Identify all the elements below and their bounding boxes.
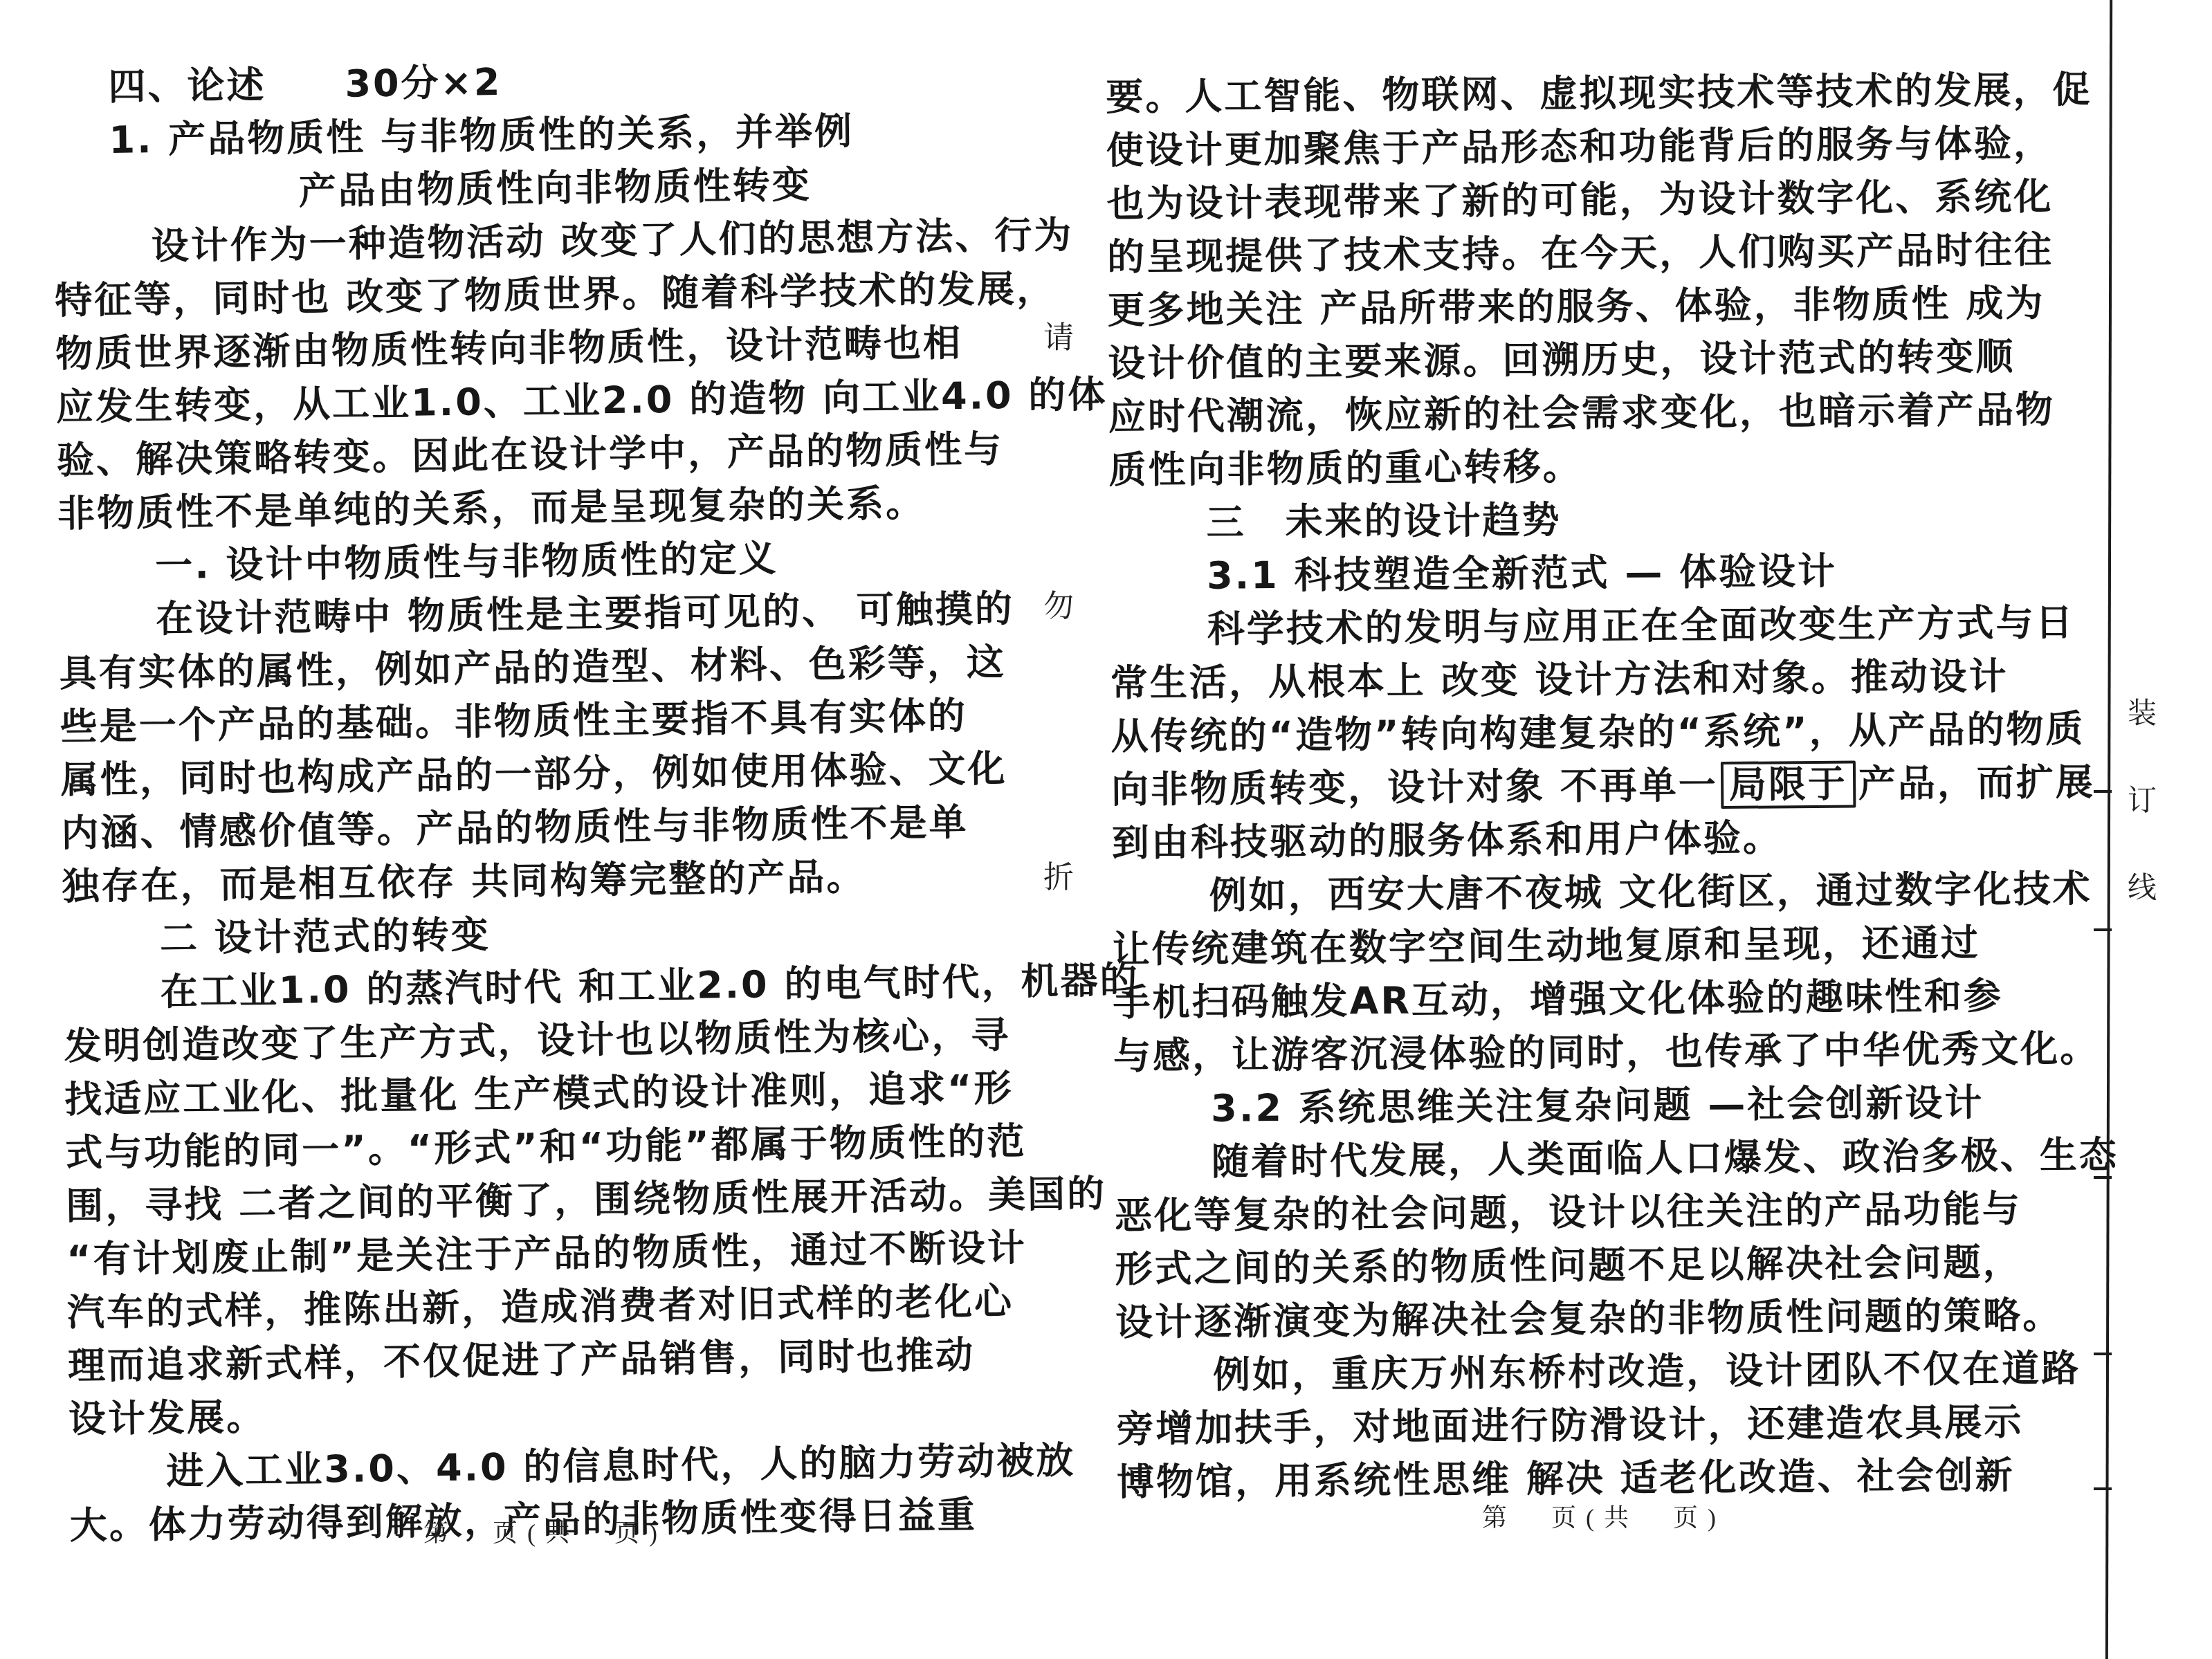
- handwritten-text: 更多地关注 产品所带来的服务、体验，非物质性 成为: [1107, 281, 2045, 332]
- handwritten-line: 随着时代发展，人类面临人口爆发、政治多极、生态: [1114, 1128, 2097, 1189]
- handwritten-text: 产品，而扩展: [1858, 760, 2095, 806]
- handwritten-text: 让传统建筑在数字空间生动地复原和呈现，还通过: [1113, 921, 1980, 971]
- gutter-text-fold: 折: [1043, 852, 1074, 897]
- handwritten-line: 设计价值的主要来源。回溯历史，设计范式的转变顺: [1108, 329, 2091, 390]
- handwritten-text: 汽车的式样，推陈出新，造成消费者对旧式样的老化心: [67, 1279, 1014, 1335]
- handwritten-text: 形式之间的关系的物质性问题不足以解决社会问题，: [1115, 1240, 2022, 1291]
- handwritten-line: 设计逐渐演变为解决社会复杂的非物质性问题的策略。: [1115, 1288, 2099, 1349]
- handwritten-line: 更多地关注 产品所带来的服务、体验，非物质性 成为: [1107, 276, 2090, 337]
- correction-box-mark: 局限于: [1721, 761, 1856, 809]
- binding-line-label: 装订线: [2119, 697, 2160, 959]
- handwritten-text: 常生活，从根本上 改变 设计方法和对象。推动设计: [1110, 654, 2009, 705]
- handwritten-text: 理而追求新式样，不仅促进了产品销售，同时也推动: [68, 1333, 976, 1388]
- gutter-text-do-not: 勿: [1043, 581, 1074, 625]
- handwritten-text: 应发生转变，从工业1.0、工业2.0 的造物 向工业4.0 的体: [56, 372, 1108, 429]
- handwritten-text: 独存在，而是相互依存 共同构筹完整的产品。: [62, 855, 866, 908]
- handwritten-text: 四、论述 30分×2: [108, 60, 502, 109]
- handwritten-text: 验、解决策略转变。因此在设计学中，产品的物质性与: [57, 427, 1004, 482]
- handwritten-line: 与感，让游客沉浸体验的同时，也传承了中华优秀文化。: [1113, 1022, 2096, 1083]
- left-text-column: 四、论述 30分×21. 产品物质性 与非物质性的关系，并举例产品由物质性向非物…: [52, 48, 1073, 1552]
- handwritten-line: 恶化等复杂的社会问题，设计以往关注的产品功能与: [1115, 1182, 2098, 1243]
- handwritten-text: 设计价值的主要来源。回溯历史，设计范式的转变顺: [1108, 335, 2015, 385]
- handwritten-text: 应时代潮流，恢应新的社会需求变化，也暗示着产品物: [1108, 387, 2055, 439]
- handwritten-text: 进入工业3.0、4.0 的信息时代，人的脑力劳动被放: [166, 1438, 1076, 1493]
- handwritten-text: 旁增加扶手，对地面进行防滑设计，还建造农具展示: [1116, 1400, 2023, 1451]
- handwritten-line: 3.1 科技塑造全新范式 — 体验设计: [1109, 542, 2092, 603]
- handwritten-line: 的呈现提供了技术支持。在今天，人们购买产品时往往: [1107, 223, 2090, 284]
- handwritten-text: 在工业1.0 的蒸汽时代 和工业2.0 的电气时代，机器的: [160, 958, 1139, 1014]
- binding-tick: [2094, 790, 2112, 793]
- answer-sheet-page: 四、论述 30分×21. 产品物质性 与非物质性的关系，并举例产品由物质性向非物…: [0, 0, 2212, 1659]
- handwritten-text: 从传统的“造物”转向构建复杂的“系统”，从产品的物质: [1110, 707, 2085, 758]
- handwritten-line: 三 未来的设计趋势: [1109, 489, 2092, 550]
- handwritten-line: 让传统建筑在数字空间生动地复原和呈现，还通过: [1113, 915, 2096, 976]
- handwritten-line: 应时代潮流，恢应新的社会需求变化，也暗示着产品物: [1108, 383, 2092, 443]
- handwritten-text: 设计作为一种造物活动 改变了人们的思想方法、行为: [151, 213, 1073, 268]
- handwritten-text: 1. 产品物质性 与非物质性的关系，并举例: [109, 109, 854, 162]
- handwritten-text: 具有实体的属性，例如产品的造型、材料、色彩等，这: [59, 640, 1006, 695]
- page-footer-left: 第 页(共 页): [423, 1514, 667, 1549]
- handwritten-text: 手机扫码触发AR互动，增强文化体验的趣味性和参: [1113, 974, 2003, 1025]
- handwritten-line: 要。人工智能、物联网、虚拟现实技术等技术的发展，促: [1106, 63, 2089, 124]
- handwritten-line: 科学技术的发明与应用正在全面改变生产方式与日: [1110, 596, 2093, 657]
- handwritten-line: 常生活，从根本上 改变 设计方法和对象。推动设计: [1110, 649, 2094, 710]
- handwritten-line: 从传统的“造物”转向构建复杂的“系统”，从产品的物质: [1110, 702, 2094, 763]
- handwritten-text: 一. 设计中物质性与非物质性的定义: [155, 536, 778, 587]
- handwritten-line: 形式之间的关系的物质性问题不足以解决社会问题，: [1115, 1235, 2098, 1296]
- right-text-column: 要。人工智能、物联网、虚拟现实技术等技术的发展，促使设计更加聚焦于产品形态和功能…: [1106, 63, 2099, 1509]
- handwritten-text: 的呈现提供了技术支持。在今天，人们购买产品时往往: [1107, 228, 2054, 279]
- handwritten-text: 设计逐渐演变为解决社会复杂的非物质性问题的策略。: [1115, 1293, 2062, 1344]
- handwritten-line: 旁增加扶手，对地面进行防滑设计，还建造农具展示: [1116, 1395, 2099, 1456]
- handwritten-text: 向非物质转变，设计对象 不再单一: [1111, 763, 1718, 812]
- handwritten-line: 3.2 系统思维关注复杂问题 —社会创新设计: [1113, 1075, 2096, 1136]
- page-footer-right: 第 页(共 页): [1482, 1498, 1726, 1534]
- handwritten-text: 科学技术的发明与应用正在全面改变生产方式与日: [1207, 601, 2074, 651]
- binding-line: [2105, 0, 2112, 1659]
- handwritten-text: 三 未来的设计趋势: [1206, 498, 1561, 544]
- handwritten-line: 手机扫码触发AR互动，增强文化体验的趣味性和参: [1113, 969, 2096, 1029]
- handwritten-text: 特征等，同时也 改变了物质世界。随着科学技术的发展，: [55, 266, 1056, 322]
- handwritten-text: 物质世界逐渐由物质性转向非物质性，设计范畴也相: [55, 321, 963, 376]
- handwritten-text: 设计发展。: [68, 1395, 266, 1440]
- binding-tick: [2094, 928, 2112, 931]
- binding-tick: [2094, 1176, 2112, 1179]
- handwritten-text: 3.1 科技塑造全新范式 — 体验设计: [1207, 549, 1838, 598]
- handwritten-text: 发明创造改变了生产方式，设计也以物质性为核心，寻: [64, 1013, 1011, 1068]
- handwritten-text: 围，寻找 二者之间的平衡了，围绕物质性展开活动。美国的: [66, 1172, 1106, 1228]
- handwritten-text: 非物质性不是单纯的关系，而是呈现复杂的关系。: [57, 482, 926, 535]
- handwritten-text: 属性，同时也构成产品的一部分，例如使用体验、文化: [60, 746, 1007, 802]
- handwritten-text: 要。人工智能、物联网、虚拟现实技术等技术的发展，促: [1106, 68, 2092, 119]
- handwritten-line: 质性向非物质的重心转移。: [1108, 436, 2092, 497]
- handwritten-text: 随着时代发展，人类面临人口爆发、政治多极、生态: [1212, 1133, 2119, 1184]
- handwritten-text: 二 设计范式的转变: [160, 913, 491, 960]
- binding-tick: [2094, 1353, 2112, 1355]
- handwritten-line: 也为设计表现带来了新的可能，为设计数字化、系统化: [1106, 169, 2090, 230]
- handwritten-line: 到由科技驱动的服务体系和用户体验。: [1111, 809, 2094, 870]
- handwritten-line: 例如，西安大唐不夜城 文化街区，通过数字化技术: [1112, 862, 2095, 923]
- handwritten-text: 例如，西安大唐不夜城 文化街区，通过数字化技术: [1209, 867, 2092, 917]
- handwritten-text: 使设计更加聚焦于产品形态和功能背后的服务与体验，: [1106, 121, 2053, 172]
- handwritten-text: 也为设计表现带来了新的可能，为设计数字化、系统化: [1106, 174, 2053, 226]
- handwritten-text: 质性向非物质的重心转移。: [1108, 445, 1582, 492]
- handwritten-line: 使设计更加聚焦于产品形态和功能背后的服务与体验，: [1106, 116, 2090, 177]
- handwritten-text: 些是一个产品的基础。非物质性主要指不具有实体的: [60, 694, 967, 749]
- handwritten-text: 在设计范畴中 物质性是主要指可见的、 可触摸的: [156, 587, 1014, 641]
- handwritten-text: 3.2 系统思维关注复杂问题 —社会创新设计: [1211, 1081, 1984, 1130]
- handwritten-line: 例如，重庆万州东桥村改造，设计团队不仅在道路: [1116, 1341, 2099, 1402]
- handwritten-text: 产品由物质性向非物质性转变: [298, 163, 812, 213]
- handwritten-text: 到由科技驱动的服务体系和用户体验。: [1112, 816, 1782, 865]
- binding-tick: [2094, 1487, 2112, 1490]
- handwritten-text: 找适应工业化、批量化 生产模式的设计准则，追求“形: [64, 1066, 1014, 1121]
- handwritten-text: 与感，让游客沉浸体验的同时，也传承了中华优秀文化。: [1113, 1027, 2099, 1078]
- handwritten-text: 恶化等复杂的社会问题，设计以往关注的产品功能与: [1115, 1187, 2022, 1238]
- handwritten-line: 向非物质转变，设计对象 不再单一局限于产品，而扩展: [1111, 755, 2094, 816]
- handwritten-text: 博物馆，用系统性思维 解决 适老化改造、社会创新: [1117, 1454, 2015, 1504]
- handwritten-text: 式与功能的同一”。“形式”和“功能”都属于物质性的范: [65, 1119, 1027, 1175]
- gutter-text-please: 请: [1043, 313, 1074, 357]
- handwritten-text: “有计划废止制”是关注于产品的物质性，通过不断设计: [66, 1226, 1027, 1281]
- handwritten-text: 内涵、情感价值等。产品的物质性与非物质性不是单: [61, 800, 969, 855]
- handwritten-text: 例如，重庆万州东桥村改造，设计团队不仅在道路: [1213, 1346, 2081, 1397]
